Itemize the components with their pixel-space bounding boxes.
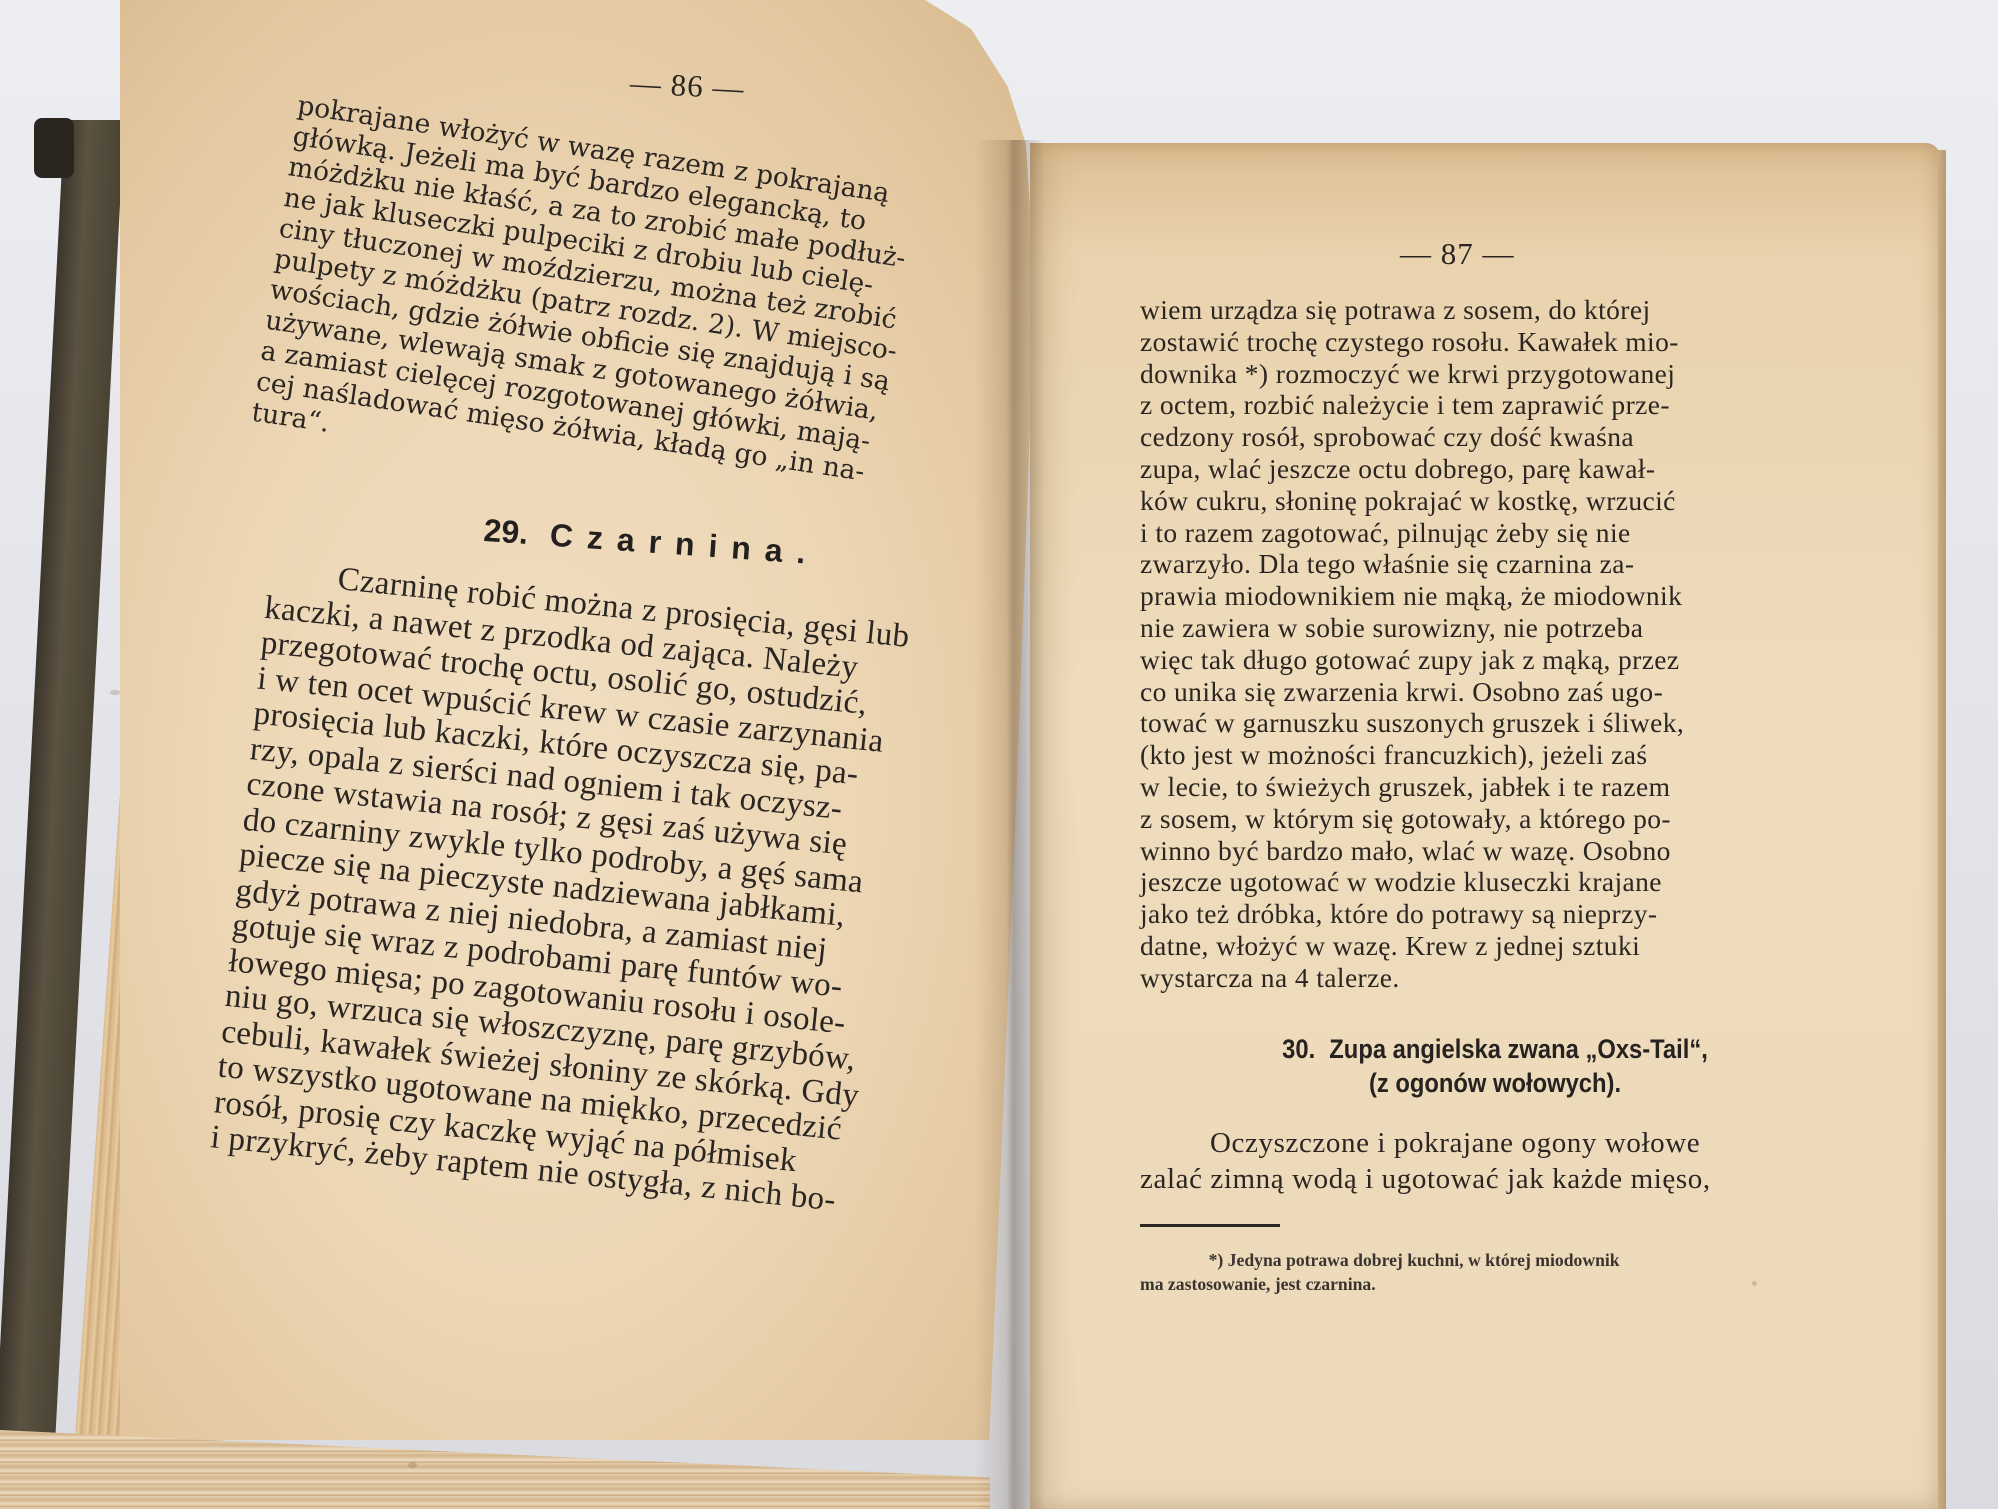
text-line: zalać zimną wodą i ugotować jak każde mi… <box>1140 1161 1711 1197</box>
right-page-section-30-text: Oczyszczone i pokrajane ogony wołowe zal… <box>1140 1125 1711 1197</box>
right-page-continuation-text: wiem urządza się potrawa z sosem, do któ… <box>1140 294 1684 994</box>
text-line: co unika się zwarzenia krwi. Osobno zaś … <box>1140 676 1684 708</box>
text-line: nie zawiera w sobie surowizny, nie potrz… <box>1140 612 1684 644</box>
text-line: downika *) rozmoczyć we krwi przygotowan… <box>1140 358 1684 390</box>
footnote: *) Jedyna potrawa dobrej kuchni, w które… <box>1140 1248 1620 1296</box>
page-number-right: — 87 — <box>1400 236 1515 272</box>
book-gutter <box>975 140 1045 1509</box>
footnote-line: *) Jedyna potrawa dobrej kuchni, w które… <box>1140 1248 1620 1272</box>
section-number: 30. <box>1282 1034 1315 1064</box>
worn-cover-corner <box>34 118 74 178</box>
right-page-edge <box>1938 150 1946 1509</box>
text-line: cedzony rosół, sprobować czy dość kwaśna <box>1140 421 1684 453</box>
left-page-section-29-text: Czarninę robić można z prosięcia, gęsi l… <box>209 555 911 1221</box>
section-number: 29. <box>482 512 529 551</box>
page-stack-edge-bottom <box>0 1430 990 1509</box>
text-line: zupa, wlać jeszcze octu dobrego, parę ka… <box>1140 453 1684 485</box>
text-line: z octem, rozbić należycie i tem zaprawić… <box>1140 389 1684 421</box>
text-line: zwarzyło. Dla tego właśnie się czarnina … <box>1140 548 1684 580</box>
text-line: wiem urządza się potrawa z sosem, do któ… <box>1140 294 1684 326</box>
text-line: w lecie, to świeżych gruszek, jabłek i t… <box>1140 771 1684 803</box>
text-line: tować w garnuszku suszonych gruszek i śl… <box>1140 707 1684 739</box>
section-title: Zupa angielska zwana „Oxs-Tail“, <box>1329 1034 1708 1064</box>
footnote-line: ma zastosowanie, jest czarnina. <box>1140 1272 1620 1296</box>
paper-stain <box>110 690 120 695</box>
text-line: wystarcza na 4 talerze. <box>1140 962 1684 994</box>
text-line: winno być bardzo mało, wlać w wazę. Osob… <box>1140 835 1684 867</box>
text-line: Oczyszczone i pokrajane ogony wołowe <box>1140 1125 1711 1161</box>
text-line: prawia miodownikiem nie mąką, że miodown… <box>1140 580 1684 612</box>
text-line: datne, włożyć w wazę. Krew z jednej sztu… <box>1140 930 1684 962</box>
text-line: jako też dróbka, które do potrawy są nie… <box>1140 898 1684 930</box>
footnote-rule <box>1140 1224 1280 1227</box>
section-heading-30: 30.Zupa angielska zwana „Oxs-Tail“, (z o… <box>1183 1032 1808 1100</box>
paper-stain <box>408 1462 417 1468</box>
text-line: i to razem zagotować, pilnując żeby się … <box>1140 517 1684 549</box>
text-line: z sosem, w którym się gotowały, a któreg… <box>1140 803 1684 835</box>
section-subtitle: (z ogonów wołowych). <box>1183 1066 1808 1100</box>
paper-stain <box>1752 1281 1757 1286</box>
text-line: zostawić trochę czystego rosołu. Kawałek… <box>1140 326 1684 358</box>
text-line: jeszcze ugotować w wodzie kluseczki kraj… <box>1140 866 1684 898</box>
book-photo: — 86 — pokrajane włożyć w wazę razem z p… <box>0 0 1998 1509</box>
text-line: więc tak długo gotować zupy jak z mąką, … <box>1140 644 1684 676</box>
text-line: ków cukru, słoninę pokrajać w kostkę, wr… <box>1140 485 1684 517</box>
section-title-line-1: 30.Zupa angielska zwana „Oxs-Tail“, <box>1183 1032 1808 1066</box>
page-number-left: — 86 — <box>629 65 745 107</box>
text-line: (kto jest w możności francuzkich), jeżel… <box>1140 739 1684 771</box>
